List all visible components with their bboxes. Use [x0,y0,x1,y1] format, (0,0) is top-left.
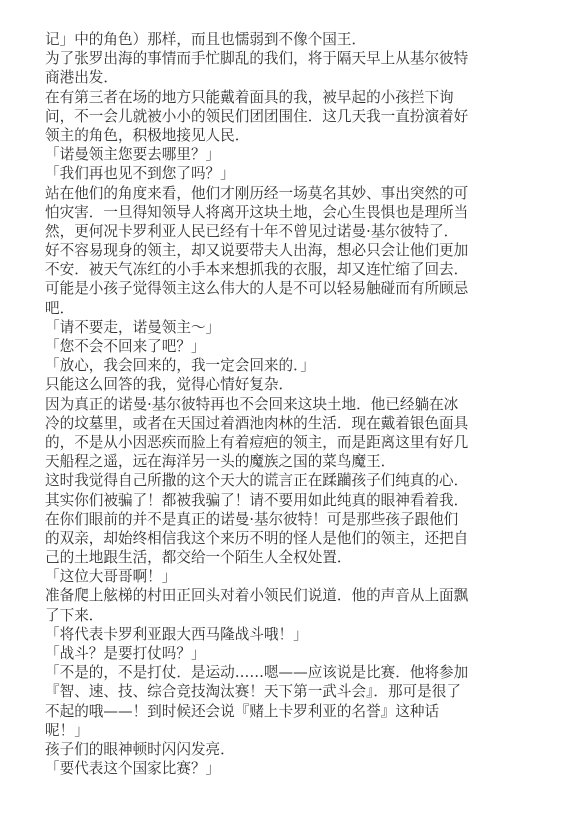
text-line: 商港出发． [45,68,545,87]
text-line: 「请不要走，诺曼领主～」 [45,318,545,337]
text-line: 冷的坟墓里，或者在天国过着酒池肉林的生活．现在戴着银色面具 [45,414,545,433]
body-text-block: 记」中的角色）那样，而且也懦弱到不像个国王．为了张罗出海的事情而手忙脚乱的我们，… [45,30,545,778]
text-line: 记」中的角色）那样，而且也懦弱到不像个国王． [45,30,545,49]
text-line: 准备爬上舷梯的村田正回头对着小领民们说道．他的声音从上面飘 [45,586,545,605]
text-line: 「将代表卡罗利亚跟大西马隆战斗哦！」 [45,625,545,644]
text-line: 因为真正的诺曼·基尔彼特再也不会回来这块土地．他已经躺在冰 [45,395,545,414]
text-line: 天船程之遥，远在海洋另一头的魔族之国的菜鸟魔王． [45,452,545,471]
text-line: 然，更何况卡罗利亚人民已经有十年不曾见过诺曼·基尔彼特了． [45,222,545,241]
text-line: 『智、速、技、综合竞技淘汰赛！天下第一武斗会』．那可是很了 [45,682,545,701]
text-line: 「这位大哥哥啊！」 [45,567,545,586]
text-line: 好不容易现身的领主，却又说要带夫人出海，想必只会让他们更加 [45,241,545,260]
text-line: 呢！」 [45,721,545,740]
text-line: 「不是的，不是打仗．是运动……嗯——应该说是比赛．他将参加 [45,663,545,682]
text-line: 「您不会不回来了吧？」 [45,337,545,356]
text-line: 孩子们的眼神顿时闪闪发亮． [45,740,545,759]
text-line: 己的土地跟生活，都交给一个陌生人全权处置． [45,548,545,567]
text-line: 可能是小孩子觉得领主这么伟大的人是不可以轻易触碰而有所顾忌 [45,279,545,298]
text-line: 「放心，我会回来的，我一定会回来的．」 [45,356,545,375]
text-line: 吧． [45,299,545,318]
text-line: 怕灾害．一旦得知领导人将离开这块土地，会心生畏惧也是理所当 [45,203,545,222]
text-line: 「我们再也见不到您了吗？」 [45,164,545,183]
text-line: 为了张罗出海的事情而手忙脚乱的我们，将于隔天早上从基尔彼特 [45,49,545,68]
text-line: 「要代表这个国家比赛？」 [45,759,545,778]
text-line: 这时我觉得自己所撒的这个天大的谎言正在蹂躏孩子们纯真的心． [45,471,545,490]
novel-page: 记」中的角色）那样，而且也懦弱到不像个国王．为了张罗出海的事情而手忙脚乱的我们，… [0,0,583,828]
text-line: 站在他们的角度来看，他们才刚历经一场莫名其妙、事出突然的可 [45,184,545,203]
text-line: 问，不一会儿就被小小的领民们团团围住．这几天我一直扮演着好 [45,107,545,126]
text-line: 的双亲，却始终相信我这个来历不明的怪人是他们的领主，还把自 [45,529,545,548]
text-line: 「诺曼领主您要去哪里？」 [45,145,545,164]
text-line: 的，不是从小因恶疾而脸上有着痘疤的领主，而是距离这里有好几 [45,433,545,452]
text-line: 了下来． [45,606,545,625]
text-line: 不安．被天气冻红的小手本来想抓我的衣服，却又连忙缩了回去． [45,260,545,279]
text-line: 在有第三者在场的地方只能戴着面具的我，被早起的小孩拦下询 [45,88,545,107]
text-line: 不起的哦——！到时候还会说『赌上卡罗利亚的名誉』这种话 [45,702,545,721]
text-line: 领主的角色，积极地接见人民． [45,126,545,145]
text-line: 只能这么回答的我，觉得心情好复杂． [45,375,545,394]
text-line: 在你们眼前的并不是真正的诺曼·基尔彼特！可是那些孩子跟他们 [45,510,545,529]
text-line: 「战斗？是要打仗吗？」 [45,644,545,663]
text-line: 其实你们被骗了！都被我骗了！请不要用如此纯真的眼神看着我． [45,491,545,510]
